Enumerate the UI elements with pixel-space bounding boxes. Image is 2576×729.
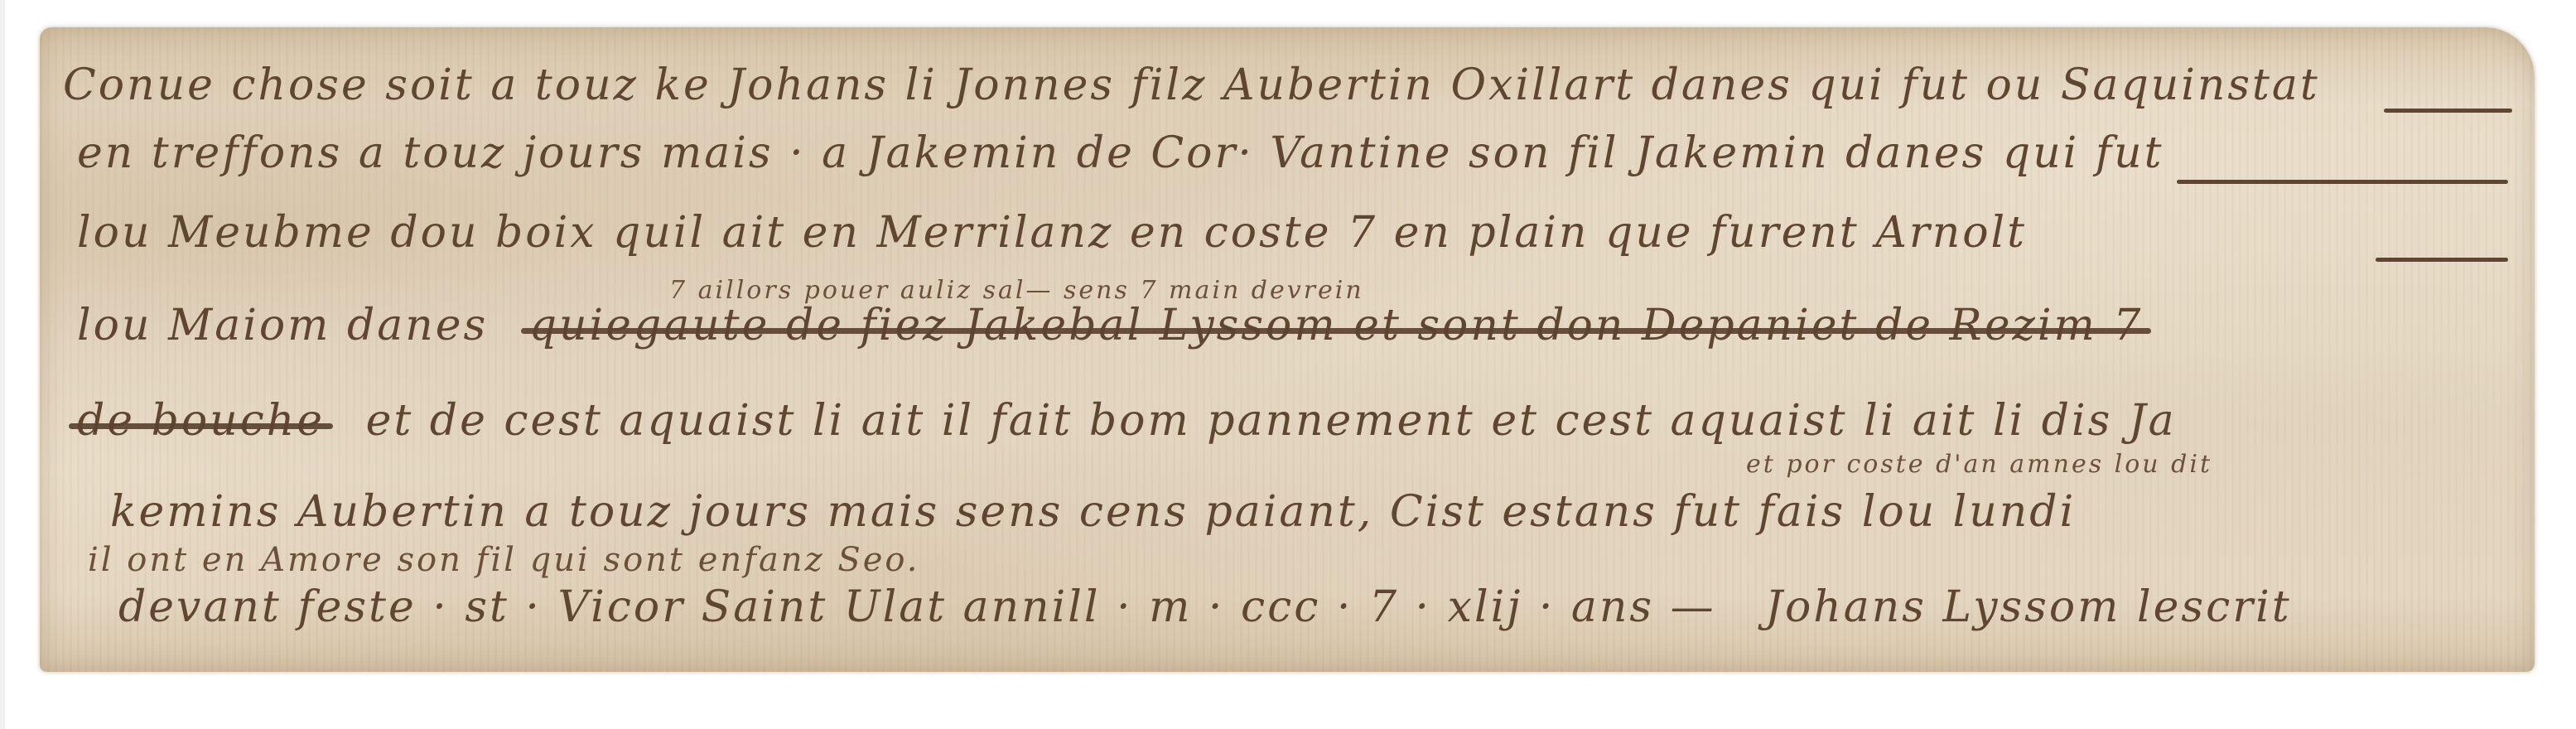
- manuscript-line-3: lou Meubme dou boix quil ait en Merrilan…: [77, 208, 2027, 258]
- line-filler-rule: [2384, 109, 2512, 113]
- manuscript-line-6: kemins Aubertin a touz jours mais sens c…: [110, 487, 2076, 537]
- manuscript-line-2: en treffons a touz jours mais · a Jakemi…: [77, 128, 2164, 178]
- line-text: en treffons a touz jours mais · a Jakemi…: [77, 128, 2164, 178]
- parchment-document: Conue chose soit a touz ke Johans li Jon…: [40, 27, 2535, 672]
- frame-edge: [0, 0, 5, 729]
- manuscript-line-7: il ont en Amore son fil qui sont enfanz …: [88, 541, 920, 579]
- line-text: Conue chose soit a touz ke Johans li Jon…: [63, 60, 2320, 110]
- scribe-signature: Johans Lyssom lescrit: [1765, 582, 2291, 632]
- line-text: devant feste · st · Vicor Saint Ulat ann…: [118, 582, 1716, 632]
- struck-through-text: quiegaute de fiez Jakebal Lyssom et sont…: [529, 301, 2144, 350]
- line-text: et de cest aquaist li ait il fait bom pa…: [366, 396, 2177, 446]
- line-text: kemins Aubertin a touz jours mais sens c…: [110, 487, 2076, 537]
- interlinear-insertion: et por coste d'an amnes lou dit: [1746, 450, 2212, 479]
- line-text: il ont en Amore son fil qui sont enfanz …: [88, 541, 920, 579]
- struck-through-text: de bouche: [77, 396, 325, 446]
- manuscript-line-1: Conue chose soit a touz ke Johans li Jon…: [63, 60, 2320, 110]
- manuscript-line-4: lou Maiom danes quiegaute de fiez Jakeba…: [77, 301, 2143, 350]
- manuscript-line-8: devant feste · st · Vicor Saint Ulat ann…: [118, 582, 2292, 632]
- line-text: lou Maiom danes: [77, 301, 488, 350]
- manuscript-line-5: de bouche et de cest aquaist li ait il f…: [77, 396, 2177, 446]
- line-text: lou Meubme dou boix quil ait en Merrilan…: [77, 208, 2027, 258]
- line-text: et por coste d'an amnes lou dit: [1746, 450, 2212, 479]
- line-filler-rule: [2376, 258, 2508, 262]
- line-filler-rule: [2177, 180, 2508, 184]
